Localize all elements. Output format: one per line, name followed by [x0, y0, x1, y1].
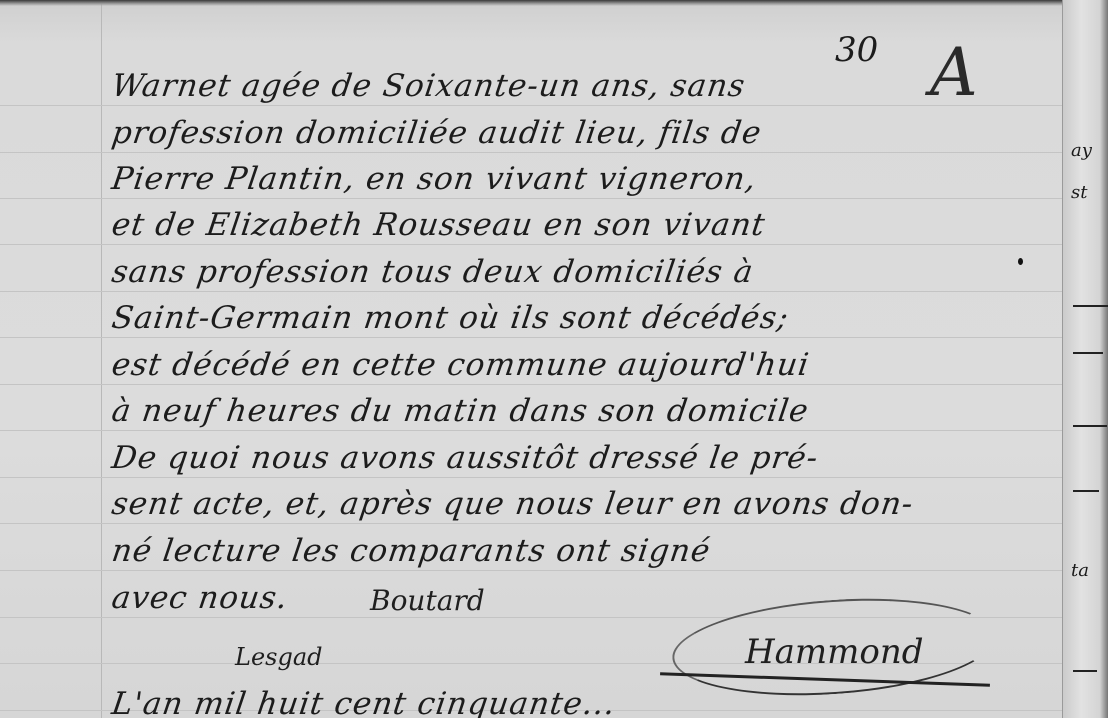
register-page: 30 A Warnet agée de Soixante-un ans, san…: [0, 0, 1062, 718]
ruled-line: [0, 198, 1062, 199]
margin-initials: A: [930, 34, 978, 111]
text-line: sans profession tous deux domiciliés à: [109, 254, 755, 290]
signature-witness-1: Boutard: [370, 584, 485, 617]
rule-tick: [1073, 670, 1097, 672]
ruled-line: [0, 244, 1062, 245]
ruled-line: [0, 384, 1062, 385]
ruled-line: [0, 152, 1062, 153]
ruled-line: [0, 337, 1062, 338]
rule-tick: [1073, 425, 1107, 427]
text-line: est décédé en cette commune aujourd'hui: [109, 347, 811, 383]
ruled-line: [0, 523, 1062, 524]
text-line: Warnet agée de Soixante-un ans, sans: [109, 68, 747, 104]
text-line: et de Elizabeth Rousseau en son vivant: [109, 207, 767, 243]
adjacent-page-edge: ay st ta: [1062, 0, 1108, 718]
ruled-line: [0, 477, 1062, 478]
adjacent-fragment: ay: [1071, 140, 1092, 161]
text-line: né lecture les comparants ont signé: [109, 533, 712, 569]
ruled-line: [0, 570, 1062, 571]
ink-dot: [1018, 258, 1023, 265]
text-line: Pierre Plantin, en son vivant vigneron,: [109, 161, 758, 197]
text-line: profession domiciliée audit lieu, fils d…: [109, 115, 764, 151]
text-line: à neuf heures du matin dans son domicile: [109, 393, 811, 429]
rule-tick: [1073, 305, 1108, 307]
rule-tick: [1073, 490, 1099, 492]
rule-tick: [1073, 352, 1103, 354]
ruled-line: [0, 430, 1062, 431]
text-line: De quoi nous avons aussitôt dressé le pr…: [109, 440, 820, 476]
text-line: Saint-Germain mont où ils sont décédés;: [109, 300, 791, 336]
scan-edge-shadow: [0, 0, 1108, 6]
ruled-line: [0, 291, 1062, 292]
signature-witness-2: Lesgad: [235, 643, 323, 671]
margin-rule: [101, 0, 102, 718]
folio-number: 30: [835, 30, 878, 70]
next-entry-partial: L'an mil huit cent cinquante...: [109, 686, 618, 718]
text-line: sent acte, et, après que nous leur en av…: [109, 486, 915, 522]
text-line: avec nous.: [109, 580, 290, 616]
adjacent-fragment: st: [1071, 182, 1087, 203]
signature-officer: Hammond: [745, 632, 924, 672]
adjacent-fragment: ta: [1071, 560, 1089, 581]
ruled-line: [0, 105, 1062, 106]
